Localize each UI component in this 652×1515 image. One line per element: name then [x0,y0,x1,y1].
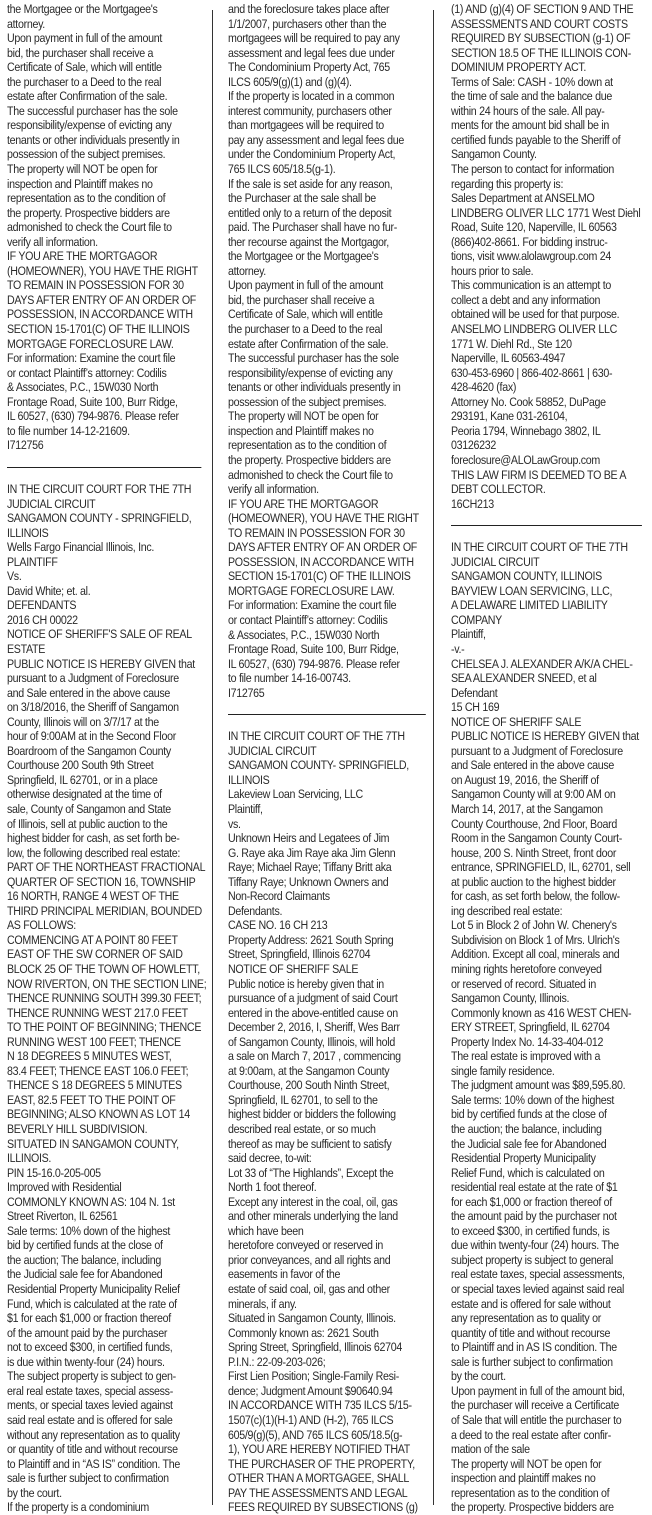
notice-text-line: ILLINOIS. [7,1151,207,1166]
notice-text-line: IF YOU ARE THE MORTGAGOR [228,497,432,512]
notice-text-line: bid, the purchaser shall receive a [228,293,432,308]
notice-text-line: 428-4620 (fax) [451,380,651,395]
notice-text-line: The property will NOT be open for [7,162,207,177]
notice-text-line: Residential Property Municipality Relief [7,1282,207,1297]
notice-text-line: the Judicial sale fee for Abandoned [451,1137,651,1152]
notice-text-line: any representation as to quality or [451,1311,651,1326]
notice-text-line: Sale terms: 10% down of the highest [451,1093,651,1108]
notice-text-line: DEFENDANTS [7,598,207,613]
notice-text-line: Naperville, IL 60563-4947 [451,351,651,366]
notice-text-line: 1/1/2007, purchasers other than the [228,17,432,32]
notice-text-line: the time of sale and the balance due [451,89,651,104]
notice-text-line: Commonly known as 416 WEST CHEN- [451,1006,651,1021]
notice-text-line: G. Raye aka Jim Raye aka Jim Glenn [228,846,432,861]
notice-text-line: admonished to check the Court file to [7,220,207,235]
notice-text-line: single family residence. [451,1064,651,1079]
notice-text-line: estate of said coal, oil, gas and other [228,1282,432,1297]
notice-separator-rule [451,511,651,540]
notice-text-line: residential real estate at the rate of $… [451,1180,651,1195]
notice-text-line: of Illinois, sell at public auction to t… [7,817,207,832]
notice-text-line: Courthouse 200 South 9th Street [7,758,207,773]
notice-text-line: easements in favor of the [228,1267,432,1282]
notice-column-1: the Mortgagee or the Mortgagee'sattorney… [7,2,207,1515]
notice-text-line: to Plaintiff and in “AS IS” condition. T… [7,1457,207,1472]
notice-text-line: to exceed $300, in certified funds, is [451,1224,651,1239]
notice-text-line: JUDICIAL CIRCUIT [7,497,207,512]
notice-text-line: ILLINOIS [7,526,207,541]
notice-text-line: Boardroom of the Sangamon County [7,744,207,759]
notice-text-line: representation as to the condition of [228,438,432,453]
notice-text-line: highest bidder or bidders the following [228,1107,432,1122]
notice-text-line: pay any assessment and legal fees due [228,133,432,148]
notice-text-line: paid. The Purchaser shall have no fur- [228,220,432,235]
notice-text-line: Unknown Heirs and Legatees of Jim [228,831,432,846]
notice-text-line: FEES REQUIRED BY SUBSECTIONS (g) [228,1500,432,1515]
notice-text-line: BLOCK 25 OF THE TOWN OF HOWLETT, [7,962,207,977]
notice-text-line: Courthouse, 200 South Ninth Street, [228,1078,432,1093]
notice-text-line: ILCS 605/9(g)(1) and (g)(4). [228,75,432,90]
notice-text-line: tions, visit www.alolawgroup.com 24 [451,249,651,264]
notice-text-line: responsibility/expense of evicting any [228,366,432,381]
notice-text-line: Certificate of Sale, which will entitle [228,307,432,322]
notice-text-line: County, Illinois will on 3/7/17 at the [7,715,207,730]
notice-text-line: said decree, to-wit: [228,1151,432,1166]
notice-text-line: QUARTER OF SECTION 16, TOWNSHIP [7,875,207,890]
notice-text-line: at public auction to the highest bidder [451,875,651,890]
notice-text-line: CASE NO. 16 CH 213 [228,918,432,933]
notice-text-line: NOTICE OF SHERIFF SALE [228,962,432,977]
notice-text-line: Situated in Sangamon County, Illinois. [228,1311,432,1326]
notice-text-line: the property. Prospective bidders are [451,1500,651,1515]
notice-text-line: hour of 9:00AM at in the Second Floor [7,729,207,744]
notice-text-line: vs. [228,817,432,832]
notice-text-line: COMPANY [451,613,651,628]
notice-text-line: SANGAMON COUNTY - SPRINGFIELD, [7,511,207,526]
notice-text-line: on 3/18/2016, the Sheriff of Sangamon [7,700,207,715]
notice-text-line: low, the following described real estate… [7,846,207,861]
notice-text-line: JUDICIAL CIRCUIT [228,744,432,759]
notice-text-line: Upon payment in full of the amount bid, [451,1384,651,1399]
notice-text-line: certified funds payable to the Sheriff o… [451,133,651,148]
notice-text-line: Sangamon County. [451,147,651,162]
column-divider [433,10,434,1505]
notice-text-line: foreclosure@ALOLawGroup.com [451,453,651,468]
notice-text-line: Public notice is hereby given that in [228,977,432,992]
notice-text-line: JUDICIAL CIRCUIT [451,555,651,570]
notice-text-line: 16 NORTH, RANGE 4 WEST OF THE [7,889,207,904]
notice-text-line: March 14, 2017, at the Sangamon [451,802,651,817]
notice-text-line: Springfield, IL 62701, or in a place [7,773,207,788]
notice-text-line: Springfield, IL 62701, to sell to the [228,1093,432,1108]
notice-text-line: minerals, if any. [228,1297,432,1312]
notice-text-line: Street, Springfield, Illinois 62704 [228,947,432,962]
notice-text-line: Spring Street, Springfield, Illinois 627… [228,1340,432,1355]
notice-text-line: The property will NOT be open for [451,1457,651,1472]
notice-text-line: the amount paid by the purchaser not [451,1209,651,1224]
notice-text-line: SECTION 15-1701(C) OF THE ILLINOIS [7,322,207,337]
notice-text-line: a deed to the real estate after confir- [451,1428,651,1443]
notice-text-line: Road, Suite 120, Naperville, IL 60563 [451,220,651,235]
notice-text-line: house, 200 S. Ninth Street, front door [451,846,651,861]
notice-text-line: inspection and Plaintiff makes no [7,177,207,192]
notice-text-line: Plaintiff, [451,627,651,642]
notice-text-line: MORTGAGE FORECLOSURE LAW. [228,584,432,599]
notice-text-line: hours prior to sale. [451,264,651,279]
notice-text-line: SEA ALEXANDER SNEED, et al [451,671,651,686]
notice-text-line: December 2, 2016, I, Sheriff, Wes Barr [228,1020,432,1035]
notice-text-line: The successful purchaser has the sole [228,351,432,366]
notice-text-line: POSSESSION, IN ACCORDANCE WITH [228,555,432,570]
notice-text-line: (HOMEOWNER), YOU HAVE THE RIGHT [7,264,207,279]
notice-text-line: verify all information. [228,482,432,497]
notice-text-line: bid by certified funds at the close of [7,1238,207,1253]
notice-text-line: 83.4 FEET; THENCE EAST 106.0 FEET; [7,1064,207,1079]
notice-text-line: estate after Confirmation of the sale. [7,89,207,104]
notice-text-line: 16CH213 [451,497,651,512]
legal-notices-page: the Mortgagee or the Mortgagee'sattorney… [0,0,652,1515]
notice-text-line: entitled only to a return of the deposit [228,206,432,221]
notice-text-line: entered in the above-entitled cause on [228,1006,432,1021]
notice-text-line: Lakeview Loan Servicing, LLC [228,787,432,802]
notice-text-line: I712756 [7,438,207,453]
notice-text-line: thereof as may be sufficient to satisfy [228,1137,432,1152]
notice-text-line: BEGINNING; ALSO KNOWN AS LOT 14 [7,1107,207,1122]
notice-text-line: Except any interest in the coal, oil, ga… [228,1195,432,1210]
notice-text-line: and the foreclosure takes place after [228,2,432,17]
notice-text-line: the purchaser to a Deed to the real [228,322,432,337]
notice-text-line: pursuance of a judgment of said Court [228,991,432,1006]
notice-text-line: I712765 [228,686,432,701]
notice-text-line: pursuant to a Judgment of Foreclosure [451,744,651,759]
notice-text-line: by the court. [7,1486,207,1501]
notice-text-line: the Purchaser at the sale shall be [228,191,432,206]
notice-text-line: otherwise designated at the time of [7,787,207,802]
notice-text-line: the purchaser to a Deed to the real [7,75,207,90]
notice-text-line: Room in the Sangamon County Court- [451,831,651,846]
notice-text-line: DEBT COLLECTOR. [451,482,651,497]
notice-text-line: ASSESSMENTS AND COURT COSTS [451,17,651,32]
notice-text-line: 293191, Kane 031-26104, [451,409,651,424]
notice-text-line: DOMINIUM PROPERTY ACT. [451,60,651,75]
notice-text-line: ESTATE [7,642,207,657]
notice-text-line: eral real estate taxes, special assess- [7,1384,207,1399]
notice-text-line: mation of the sale [451,1442,651,1457]
notice-text-line: The judgment amount was $89,595.80. [451,1078,651,1093]
notice-text-line: Certificate of Sale, which will entitle [7,60,207,75]
notice-text-line: real estate taxes, special assessments, [451,1267,651,1282]
notice-text-line: Tiffany Raye; Unknown Owners and [228,875,432,890]
notice-text-line: The person to contact for information [451,162,651,177]
notice-text-line: to file number 14-16-00743. [228,671,432,686]
notice-text-line: representation as to the condition of [451,1486,651,1501]
notice-text-line: IF YOU ARE THE MORTGAGOR [7,249,207,264]
notice-text-line: REQUIRED BY SUBSECTION (g-1) OF [451,31,651,46]
notice-text-line: DAYS AFTER ENTRY OF AN ORDER OF [7,293,207,308]
notice-text-line: IN THE CIRCUIT COURT OF THE 7TH [451,540,651,555]
notice-text-line: ILLINOIS [228,773,432,788]
notice-text-line: Property Index No. 14-33-404-012 [451,1035,651,1050]
notice-text-line: assessment and legal fees due under [228,46,432,61]
notice-text-line: bid, the purchaser shall receive a [7,46,207,61]
notice-text-line: and Sale entered in the above cause [451,758,651,773]
notice-text-line: -v.- [451,642,651,657]
notice-text-line: Residential Property Municipality [451,1151,651,1166]
notice-text-line: due within twenty-four (24) hours. The [451,1238,651,1253]
notice-text-line: of Sale that will entitle the purchaser … [451,1413,651,1428]
notice-text-line: Wells Fargo Financial Illinois, Inc. [7,540,207,555]
notice-text-line: 15 CH 169 [451,700,651,715]
notice-text-line: EAST, 82.5 FEET TO THE POINT OF [7,1093,207,1108]
notice-text-line: collect a debt and any information [451,293,651,308]
notice-text-line: or quantity of title and without recours… [7,1442,207,1457]
notice-text-line: of the amount paid by the purchaser [7,1326,207,1341]
notice-text-line: PLAINTIFF [7,555,207,570]
notice-text-line: NOTICE OF SHERIFF'S SALE OF REAL [7,627,207,642]
notice-text-line: Subdivision on Block 1 of Mrs. Ulrich's [451,933,651,948]
notice-text-line: MORTGAGE FORECLOSURE LAW. [7,337,207,352]
notice-text-line: TO THE POINT OF BEGINNING; THENCE [7,1020,207,1035]
notice-text-line: THENCE RUNNING SOUTH 399.30 FEET; [7,991,207,1006]
notice-text-line: representation as to the condition of [7,191,207,206]
notice-text-line: SECTION 18.5 OF THE ILLINOIS CON- [451,46,651,61]
notice-text-line: attorney. [228,264,432,279]
notice-text-line: Addition. Except all coal, minerals and [451,947,651,962]
notice-text-line: verify all information. [7,235,207,250]
notice-text-line: prior conveyances, and all rights and [228,1253,432,1268]
notice-text-line: estate and is offered for sale without [451,1297,651,1312]
notice-text-line: 1), YOU ARE HEREBY NOTIFIED THAT [228,1442,432,1457]
notice-text-line: Sangamon County will at 9:00 AM on [451,787,651,802]
notice-text-line: THIRD PRINCIPAL MERIDIAN, BOUNDED [7,904,207,919]
notice-text-line: THIS LAW FIRM IS DEEMED TO BE A [451,468,651,483]
notice-text-line: heretofore conveyed or reserved in [228,1238,432,1253]
notice-text-line: IL 60527, (630) 794-9876. Please refer [228,657,432,672]
notice-text-line: Frontage Road, Suite 100, Burr Ridge, [7,395,207,410]
notice-text-line: or contact Plaintiff’s attorney: Codilis [7,366,207,381]
notice-separator-rule [7,453,207,482]
notice-text-line: by the court. [451,1369,651,1384]
notice-text-line: or reserved of record. Situated in [451,977,651,992]
notice-text-line: LINDBERG OLIVER LLC 1771 West Diehl [451,206,651,221]
notice-text-line: sale is further subject to confirmation [451,1355,651,1370]
notice-text-line: Frontage Road, Suite 100, Burr Ridge, [228,642,432,657]
notice-text-line: A DELAWARE LIMITED LIABILITY [451,598,651,613]
notice-text-line: Fund, which is calculated at the rate of [7,1297,207,1312]
notice-text-line: for each $1,000 or fraction thereof of [451,1195,651,1210]
notice-text-line: highest bidder for cash, as set forth be… [7,831,207,846]
notice-text-line: PIN 15-16.0-205-005 [7,1166,207,1181]
notice-text-line: Attorney No. Cook 58852, DuPage [451,395,651,410]
notice-text-line: THE PURCHASER OF THE PROPERTY, [228,1457,432,1472]
notice-text-line: EAST OF THE SW CORNER OF SAID [7,947,207,962]
notice-text-line: tenants or other individuals presently i… [7,133,207,148]
notice-text-line: possession of the subject premises. [7,147,207,162]
notice-text-line: inspection and plaintiff makes no [451,1471,651,1486]
notice-text-line: Peoria 1794, Winnebago 3802, IL [451,424,651,439]
notice-text-line: ments for the amount bid shall be in [451,118,651,133]
notice-text-line: For information: Examine the court file [228,598,432,613]
notice-text-line: a sale on March 7, 2017 , commencing [228,1049,432,1064]
notice-text-line: subject property is subject to general [451,1253,651,1268]
notice-text-line: 630-453-6960 | 866-402-8661 | 630- [451,366,651,381]
notice-text-line: entrance, SPRINGFIELD, IL, 62701, sell [451,860,651,875]
notice-text-line: 605/9(g)(5), AND 765 ILCS 605/18.5(g- [228,1428,432,1443]
notice-text-line: Upon payment in full of the amount [228,278,432,293]
column-divider [212,10,213,1505]
notice-text-line: Defendant [451,686,651,701]
notice-text-line: CHELSEA J. ALEXANDER A/K/A CHEL- [451,657,651,672]
notice-text-line: or contact Plaintiff’s attorney: Codilis [228,613,432,628]
notice-text-line: Relief Fund, which is calculated on [451,1166,651,1181]
notice-text-line: possession of the subject premises. [228,395,432,410]
notice-text-line: SITUATED IN SANGAMON COUNTY, [7,1137,207,1152]
notice-text-line: If the property is located in a common [228,89,432,104]
notice-text-line: Sale terms: 10% down of the highest [7,1224,207,1239]
notice-column-2: and the foreclosure takes place after1/1… [228,2,432,1515]
notice-text-line: ments, or special taxes levied against [7,1398,207,1413]
notice-text-line: ERY STREET, Springfield, IL 62704 [451,1020,651,1035]
notice-text-line: OTHER THAN A MORTGAGEE, SHALL [228,1471,432,1486]
notice-text-line: PUBLIC NOTICE IS HEREBY GIVEN that [451,729,651,744]
notice-text-line: BEVERLY HILL SUBDIVISION. [7,1122,207,1137]
notice-text-line: obtained will be used for that purpose. [451,307,651,322]
notice-text-line: ther recourse against the Mortgagor, [228,235,432,250]
notice-text-line: For information: Examine the court file [7,351,207,366]
notice-text-line: estate after Confirmation of the sale. [228,337,432,352]
notice-text-line: attorney. [7,17,207,32]
notice-text-line: PART OF THE NORTHEAST FRACTIONAL [7,860,207,875]
notice-text-line: This communication is an attempt to [451,278,651,293]
notice-text-line: NOW RIVERTON, ON THE SECTION LINE; [7,977,207,992]
notice-text-line: inspection and Plaintiff makes no [228,424,432,439]
notice-text-line: David White; et. al. [7,584,207,599]
notice-text-line: the auction; the balance, including [451,1122,651,1137]
notice-text-line: Vs. [7,569,207,584]
notice-text-line: DAYS AFTER ENTRY OF AN ORDER OF [228,540,432,555]
notice-text-line: Upon payment in full of the amount [7,31,207,46]
notice-text-line: the Judicial sale fee for Abandoned [7,1267,207,1282]
notice-text-line: or special taxes levied against said rea… [451,1282,651,1297]
notice-text-line: P.I.N.: 22-09-203-026; [228,1355,432,1370]
notice-text-line: 1507(c)(1)(H-1) AND (H-2), 765 ILCS [228,1413,432,1428]
notice-text-line: Lot 33 of “The Highlands”, Except the [228,1166,432,1181]
notice-text-line: the Mortgagee or the Mortgagee's [228,249,432,264]
notice-text-line: PUBLIC NOTICE IS HEREBY GIVEN that [7,657,207,672]
notice-text-line: Sangamon County, Illinois. [451,991,651,1006]
notice-text-line: bid by certified funds at the close of [451,1107,651,1122]
notice-text-line: IN ACCORDANCE WITH 735 ILCS 5/15- [228,1398,432,1413]
notice-text-line: BAYVIEW LOAN SERVICING, LLC, [451,584,651,599]
notice-text-line: for cash, as set forth below, the follow… [451,889,651,904]
notice-text-line: the auction; The balance, including [7,1253,207,1268]
notice-text-line: N 18 DEGREES 5 MINUTES WEST, [7,1049,207,1064]
notice-text-line: Terms of Sale: CASH - 10% down at [451,75,651,90]
notice-text-line: NOTICE OF SHERIFF SALE [451,715,651,730]
notice-text-line: Sales Department at ANSELMO [451,191,651,206]
notice-text-line: (866)402-8661. For bidding instruc- [451,235,651,250]
notice-text-line: Street Riverton, IL 62561 [7,1209,207,1224]
notice-text-line: 765 ILCS 605/18.5(g-1). [228,162,432,177]
notice-text-line: mining rights heretofore conveyed [451,962,651,977]
notice-text-line: sale, County of Sangamon and State [7,802,207,817]
notice-text-line: If the property is a condominium [7,1500,207,1515]
notice-text-line: admonished to check the Court file to [228,468,432,483]
notice-text-line: under the Condominium Property Act, [228,147,432,162]
notice-text-line: Improved with Residential [7,1180,207,1195]
notice-text-line: tenants or other individuals presently i… [228,380,432,395]
notice-text-line: First Lien Position; Single-Family Resi- [228,1369,432,1384]
notice-text-line: & Associates, P.C., 15W030 North [7,380,207,395]
notice-text-line: mortgagees will be required to pay any [228,31,432,46]
notice-text-line: ing described real estate: [451,904,651,919]
notice-text-line: and other minerals underlying the land [228,1209,432,1224]
notice-text-line: not to exceed $300, in certified funds, [7,1340,207,1355]
notice-text-line: The Condominium Property Act, 765 [228,60,432,75]
notice-text-line: Raye; Michael Raye; Tiffany Britt aka [228,860,432,875]
notice-text-line: the purchaser will receive a Certificate [451,1398,651,1413]
notice-text-line: Non-Record Claimants [228,889,432,904]
notice-text-line: SECTION 15-1701(C) OF THE ILLINOIS [228,569,432,584]
notice-text-line: TO REMAIN IN POSSESSION FOR 30 [7,278,207,293]
notice-text-line: 2016 CH 00022 [7,613,207,628]
notice-text-line: the property. Prospective bidders are [7,206,207,221]
notice-text-line: quantity of title and without recourse [451,1326,651,1341]
notice-text-line: ANSELMO LINDBERG OLIVER LLC [451,322,651,337]
notice-text-line: PAY THE ASSESSMENTS AND LEGAL [228,1486,432,1501]
notice-text-line: Plaintiff, [228,802,432,817]
notice-text-line: to Plaintiff and in AS IS condition. The [451,1340,651,1355]
notice-text-line: 03126232 [451,438,651,453]
notice-text-line: on August 19, 2016, the Sheriff of [451,773,651,788]
notice-text-line: SANGAMON COUNTY- SPRINGFIELD, [228,758,432,773]
notice-text-line: of Sangamon County, Illinois, will hold [228,1035,432,1050]
notice-text-line: COMMONLY KNOWN AS: 104 N. 1st [7,1195,207,1210]
notice-text-line: If the sale is set aside for any reason, [228,177,432,192]
notice-text-line: without any representation as to quality [7,1428,207,1443]
notice-text-line: sale is further subject to confirmation [7,1471,207,1486]
notice-text-line: AS FOLLOWS: [7,918,207,933]
notice-text-line: to file number 14-12-21609. [7,424,207,439]
notice-text-line: IN THE CIRCUIT COURT OF THE 7TH [228,729,432,744]
notice-column-3: (1) AND (g)(4) OF SECTION 9 AND THEASSES… [451,2,651,1515]
notice-text-line: and Sale entered in the above cause [7,686,207,701]
notice-text-line: RUNNING WEST 100 FEET; THENCE [7,1035,207,1050]
notice-text-line: TO REMAIN IN POSSESSION FOR 30 [228,526,432,541]
notice-text-line: THENCE S 18 DEGREES 5 MINUTES [7,1078,207,1093]
notice-text-line: THENCE RUNNING WEST 217.0 FEET [7,1006,207,1021]
notice-text-line: responsibility/expense of evicting any [7,118,207,133]
notice-text-line: The successful purchaser has the sole [7,104,207,119]
notice-text-line: dence; Judgment Amount $90640.94 [228,1384,432,1399]
notice-text-line: Lot 5 in Block 2 of John W. Chenery's [451,918,651,933]
notice-text-line: North 1 foot thereof. [228,1180,432,1195]
notice-text-line: The subject property is subject to gen- [7,1369,207,1384]
notice-text-line: at 9:00am, at the Sangamon County [228,1064,432,1079]
notice-text-line: The real estate is improved with a [451,1049,651,1064]
notice-text-line: IN THE CIRCUIT COURT FOR THE 7TH [7,482,207,497]
notice-text-line: (HOMEOWNER), YOU HAVE THE RIGHT [228,511,432,526]
notice-text-line: POSSESSION, IN ACCORDANCE WITH [7,307,207,322]
notice-text-line: County Courthouse, 2nd Floor, Board [451,817,651,832]
notice-text-line: Property Address: 2621 South Spring [228,933,432,948]
notice-text-line: regarding this property is: [451,177,651,192]
notice-text-line: & Associates, P.C., 15W030 North [228,628,432,643]
notice-text-line: COMMENCING AT A POINT 80 FEET [7,933,207,948]
notice-text-line: which have been [228,1224,432,1239]
notice-text-line: than mortgagees will be required to [228,118,432,133]
notice-text-line: within 24 hours of the sale. All pay- [451,104,651,119]
notice-text-line: said real estate and is offered for sale [7,1413,207,1428]
